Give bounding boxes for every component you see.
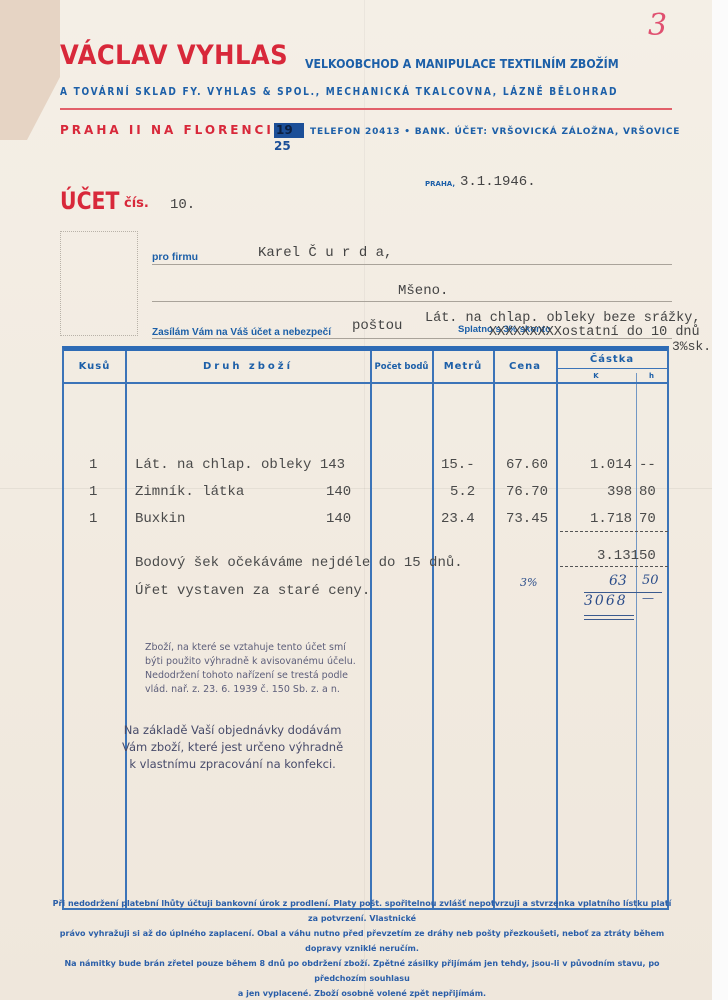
invoice-table: Kusů Druh zboží Počet bodů Metrů Cena Čá… [62,346,669,910]
company-address: PRAHA II NA FLORENCI [60,123,274,137]
column-divider [493,351,495,908]
header-amount-k: K [557,369,636,382]
row3-item-code: 140 [326,511,351,527]
stamp-usage-restriction: Zboží, na které se vztahuje tento účet s… [145,641,356,697]
header-points: Počet bodů [371,351,432,382]
column-divider [556,351,558,908]
sum-underline [560,531,668,532]
footer-line: Při nedodržení platební lhůty účtuji ban… [52,896,672,926]
page-number-mark: 3 [648,8,667,43]
row2-item: Zimník. látka [135,484,244,500]
note-points-check: Bodový šek očekáváme nejdéle do 15 dnů. [135,555,463,571]
recipient-name: Karel Č u r d a, [258,245,392,261]
header-divider [64,382,667,384]
row1-amount-k: 1.014 [590,457,632,473]
recipient-city-line [152,301,672,302]
row1-price: 67.60 [506,457,548,473]
stamp2-line: Na základě Vaší objednávky dodávám [122,722,343,739]
header-meters: Metrů [433,351,493,382]
row3-amount-k: 1.718 [590,511,632,527]
discount-h: 50 [642,573,659,588]
row2-amount-h: 80 [639,484,656,500]
invoice-number: 10. [170,197,195,213]
discount-k: 63 [609,573,627,589]
payment-terms-line1: Lát. na chlap. obleky beze srážky, [425,311,700,326]
stamp-order-confirmation: Na základě Vaší objednávky dodávám Vám z… [122,722,343,773]
row3-qty: 1 [89,511,97,527]
stamp1-line: býti použito výhradně k avisovanému účel… [145,655,356,669]
row1-item: Lát. na chlap. obleky 143 [135,457,345,473]
recipient-name-line [152,264,672,265]
shipping-line [152,338,672,339]
stamp1-line: Nedodržení tohoto nařízení se trestá pod… [145,669,356,683]
total-h: — [642,591,654,605]
house-number-bottom: 25 [274,139,291,153]
recipient-city: Mšeno. [398,283,448,299]
header-price: Cena [494,351,556,382]
column-divider [370,351,372,908]
footer-line: a jen vyplacené. Zboží osobně volené zpě… [52,986,672,1000]
letterhead-divider [60,108,672,110]
total-double-underline [584,619,634,620]
total-double-underline [584,615,634,616]
shipping-method: poštou [352,318,402,334]
scan-edge [712,0,728,1000]
subtotal-h: 50 [639,548,656,564]
company-subline: A TOVÁRNÍ SKLAD FY. VYHLAS & SPOL., MECH… [60,86,618,98]
company-contact: TELEFON 20413 • BANK. ÚČET: VRŠOVICKÁ ZÁ… [310,127,680,137]
row1-meters: 15.- [441,457,475,473]
header-amount: Částka [557,351,667,368]
date-label: PRAHA, [425,180,455,188]
invoice-number-label: čís. [124,196,149,211]
row2-qty: 1 [89,484,97,500]
row3-amount-h: 70 [639,511,656,527]
row3-meters: 23.4 [441,511,475,527]
recipient-label: pro firmu [152,251,198,263]
row2-meters: 5.2 [450,484,475,500]
stamp-area [60,231,138,336]
header-qty: Kusů [64,351,125,382]
stamp2-line: k vlastnímu zpracování na konfekci. [122,756,343,773]
invoice-title: ÚČET [60,187,119,215]
header-item: Druh zboží [126,351,370,382]
stamp1-line: vlád. nař. z. 23. 6. 1939 č. 150 Sb. z. … [145,683,356,697]
company-name: VÁCLAV VYHLAS [60,40,288,71]
subtotal-underline [560,566,668,567]
payment-terms-line3: 3%sk. [672,339,711,354]
stamp1-line: Zboží, na které se vztahuje tento účet s… [145,641,356,655]
column-divider [432,351,434,908]
row3-item: Buxkin [135,511,185,527]
row1-qty: 1 [89,457,97,473]
house-number-top: 19 [276,123,293,137]
row3-price: 73.45 [506,511,548,527]
footer-line: právo vyhražuji si až do úplného zaplace… [52,926,672,956]
header-amount-h: h [637,369,667,382]
terms-footer: Při nedodržení platební lhůty účtuji ban… [52,896,672,1000]
row2-price: 76.70 [506,484,548,500]
column-divider-h [636,373,637,908]
total-k: 3068 [584,593,628,609]
footer-line: Na námitky bude brán zřetel pouze během … [52,956,672,986]
column-divider [125,351,127,908]
note-old-prices: Úřet vystaven za staré ceny. [135,583,370,599]
row1-amount-h: -- [639,457,656,473]
row2-amount-k: 398 [607,484,632,500]
stamp2-line: Vám zboží, které jest určeno výhradně [122,739,343,756]
discount-percent: 3% [520,576,537,589]
invoice-date: 3.1.1946. [460,174,536,190]
shipping-label: Zasílám Vám na Váš účet a nebezpečí [152,327,331,338]
company-tagline: VELKOOBCHOD A MANIPULACE TEXTILNÍM ZBOŽÍ… [305,56,619,71]
subtotal-k: 3.131 [597,548,639,564]
row2-item-code: 140 [326,484,351,500]
